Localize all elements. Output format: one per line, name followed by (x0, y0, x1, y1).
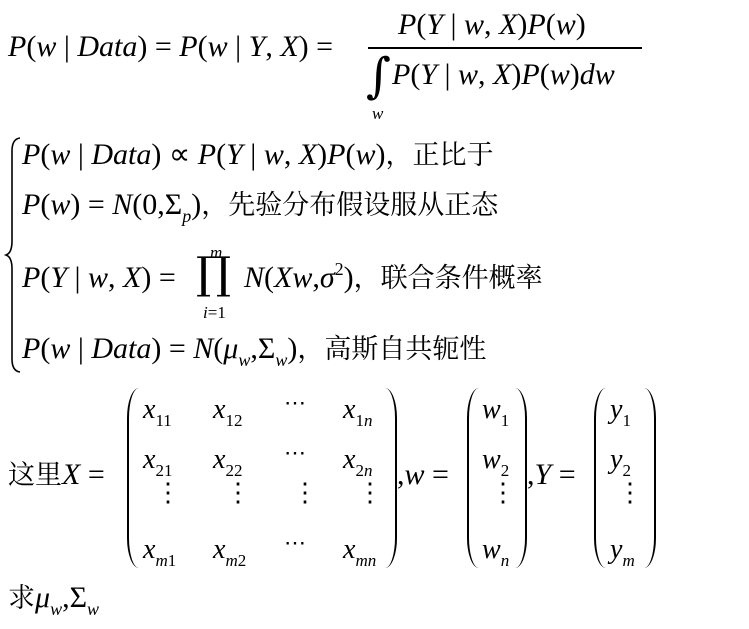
bayes-numerator: P(Y | w, X)P(w) (398, 10, 586, 40)
x-cell-1n: x1n (343, 394, 372, 426)
x-cell-12: x12 (213, 394, 242, 426)
question: 求μw,Σw (8, 583, 99, 613)
w-vector-left-paren (467, 388, 479, 568)
bayes-equation-lhs: P(w | Data) = P(w | Y, X) = (8, 32, 333, 62)
y-vdots: ⋮ (617, 488, 643, 500)
x-vdots-1: ⋮ (155, 488, 181, 500)
case-posterior: P(w | Data) = N(μw,Σw)，高斯自共轭性 (22, 334, 486, 364)
y-cell-m: ym (610, 534, 635, 566)
case-prior: P(w) = N(0,Σp)，先验分布假设服从正态 (22, 190, 498, 220)
x-cell-mn: xmn (343, 534, 376, 566)
w-vdots: ⋮ (490, 488, 516, 500)
case-likelihood: P(Y | w, X) = (22, 263, 176, 293)
definition-label: 这里X = (8, 460, 105, 490)
x-cell-m1: xm1 (143, 534, 176, 566)
y-vector-right-paren (644, 388, 656, 568)
x-cell-21: x21 (143, 444, 172, 476)
product-symbol: ∏ (196, 252, 231, 296)
y-cell-1: y1 (610, 394, 631, 426)
x-cell-m2: xm2 (213, 534, 246, 566)
integral-subscript: w (372, 104, 383, 124)
x-matrix-left-paren (127, 388, 139, 568)
x-matrix-right-paren (385, 388, 397, 568)
x-cell-22: x22 (213, 444, 242, 476)
likelihood-normal: N(Xw,σ2)，联合条件概率 (244, 263, 543, 293)
y-label: ,Y = (527, 460, 576, 490)
x-vdots-4: ⋮ (357, 488, 383, 500)
note-proportional: 正比于 (413, 140, 494, 171)
note-prior: 先验分布假设服从正态 (228, 190, 498, 221)
note-likelihood: 联合条件概率 (381, 263, 543, 294)
fraction-bar (368, 47, 642, 49)
x-cell-2n: x2n (343, 444, 372, 476)
w-cell-2: w2 (482, 444, 509, 476)
w-cell-1: w1 (482, 394, 509, 426)
y-cell-2: y2 (610, 444, 631, 476)
w-vector-right-paren (515, 388, 527, 568)
x-hdots-1: ⋯ (284, 390, 306, 416)
x-hdots-2: ⋯ (284, 440, 306, 466)
x-hdots-m: ⋯ (284, 530, 306, 556)
note-posterior: 高斯自共轭性 (324, 334, 486, 365)
case-proportional: P(w | Data) ∝ P(Y | w, X)P(w)，正比于 (22, 140, 494, 170)
x-cell-11: x11 (143, 394, 172, 426)
y-vector-left-paren (594, 388, 606, 568)
integral-symbol: ∫ (366, 48, 391, 104)
product-lower: i=1 (203, 303, 226, 323)
x-vdots-3: ⋮ (292, 488, 318, 500)
left-brace (4, 137, 22, 373)
w-label: ,w = (397, 460, 449, 490)
w-cell-n: wn (482, 534, 509, 566)
bayes-denominator: P(Y | w, X)P(w)dw (392, 60, 615, 90)
x-vdots-2: ⋮ (225, 488, 251, 500)
